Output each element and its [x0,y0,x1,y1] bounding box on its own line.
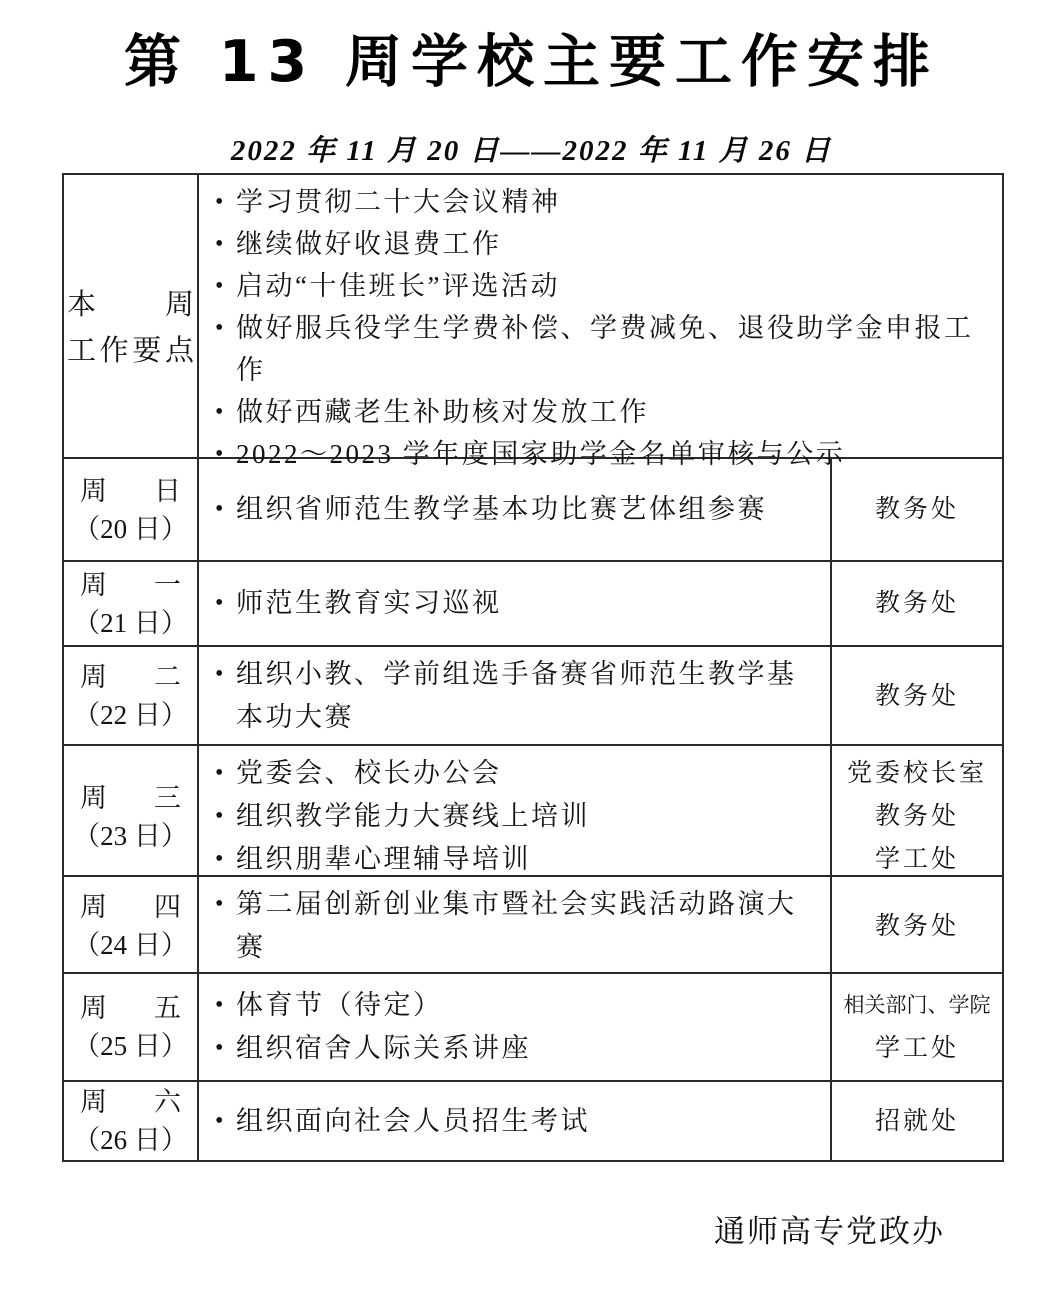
task-item: •师范生教育实习巡视 [199,582,824,625]
day-name: 周 五 [80,989,181,1027]
day-date: （21 日） [73,604,188,642]
page-title: 第 13 周学校主要工作安排 [0,16,1063,98]
day-date: （24 日） [73,926,188,964]
bullet-icon: • [215,1100,226,1143]
task-text: 组织宿舍人际关系讲座 [236,1033,531,1063]
task-item: •体育节（待定） [199,984,824,1027]
task-text: 师范生教育实习巡视 [236,588,502,618]
date-range: 2022 年 11 月 20 日——2022 年 11 月 26 日 [0,128,1063,169]
task-text: 组织面向社会人员招生考试 [236,1106,590,1136]
task-item: •组织省师范生教学基本功比赛艺体组参赛 [199,488,824,531]
bullet-icon: • [215,984,226,1027]
schedule-table: 本 周 工作要点 •学习贯彻二十大会议精神 •继续做好收退费工作 •启动“十佳班… [62,173,1004,1162]
bullet-icon: • [215,653,226,696]
department-cell: 招就处 [830,1082,1002,1160]
tasks-cell: •组织面向社会人员招生考试 [197,1082,830,1160]
department: 学工处 [875,838,959,881]
day-date: （25 日） [73,1027,188,1065]
bullet-icon: • [215,752,226,795]
table-row-friday: 周 五 （25 日） •体育节（待定） •组织宿舍人际关系讲座 相关部门、学院 … [64,972,1002,1080]
summary-item-text: 继续做好收退费工作 [236,229,502,259]
day-cell: 周 六 （26 日） [64,1082,197,1160]
day-name: 周 一 [80,566,181,604]
summary-item: •学习贯彻二十大会议精神 [199,181,996,223]
task-item: •组织教学能力大赛线上培训 [199,795,824,838]
day-cell: 周 四 （24 日） [64,877,197,975]
task-text: 第二届创新创业集市暨社会实践活动路演大赛 [236,889,797,962]
summary-item-text: 学习贯彻二十大会议精神 [236,187,561,217]
summary-label: 本 周 工作要点 [67,282,194,374]
department: 党委校长室 [847,752,987,795]
department: 教务处 [875,675,959,718]
day-cell: 周 五 （25 日） [64,974,197,1080]
day-date: （20 日） [73,510,188,548]
summary-item: •2022～2023 学年度国家助学金名单审核与公示 [199,433,996,475]
summary-item-text: 做好服兵役学生学费补偿、学费减免、退役助学金申报工作 [236,313,974,385]
department-cell: 教务处 [830,647,1002,745]
task-text: 组织省师范生教学基本功比赛艺体组参赛 [236,494,767,524]
bullet-icon: • [215,307,226,349]
department: 教务处 [875,488,959,531]
bullet-icon: • [215,795,226,838]
task-item: •组织面向社会人员招生考试 [199,1100,824,1143]
tasks-cell: •师范生教育实习巡视 [197,562,830,645]
day-name: 周 日 [80,472,181,510]
bullet-icon: • [215,582,226,625]
summary-item-text: 2022～2023 学年度国家助学金名单审核与公示 [236,439,845,469]
bullet-icon: • [215,1027,226,1070]
summary-item: •继续做好收退费工作 [199,223,996,265]
task-text: 体育节（待定） [236,990,443,1020]
summary-item-text: 启动“十佳班长”评选活动 [236,271,560,301]
department: 教务处 [875,582,959,625]
department-cell: 党委校长室 教务处 学工处 [830,746,1002,887]
task-text: 组织教学能力大赛线上培训 [236,801,590,831]
bullet-icon: • [215,223,226,265]
bullet-icon: • [215,838,226,881]
summary-label-cell: 本 周 工作要点 [64,175,197,481]
day-date: （22 日） [73,696,188,734]
table-row-tuesday: 周 二 （22 日） •组织小教、学前组选手备赛省师范生教学基本功大赛 教务处 [64,645,1002,744]
table-row-monday: 周 一 （21 日） •师范生教育实习巡视 教务处 [64,560,1002,645]
department-cell: 相关部门、学院 学工处 [830,974,1002,1080]
table-row-saturday: 周 六 （26 日） •组织面向社会人员招生考试 招就处 [64,1080,1002,1160]
day-cell: 周 日 （20 日） [64,459,197,560]
bullet-icon: • [215,883,226,926]
day-cell: 周 一 （21 日） [64,562,197,645]
day-name: 周 四 [80,888,181,926]
department: 教务处 [875,795,959,838]
issuing-office: 通师高专党政办 [714,1206,945,1251]
summary-items-cell: •学习贯彻二十大会议精神 •继续做好收退费工作 •启动“十佳班长”评选活动 •做… [197,175,1002,481]
table-row-thursday: 周 四 （24 日） •第二届创新创业集市暨社会实践活动路演大赛 教务处 [64,875,1002,972]
department-cell: 教务处 [830,877,1002,975]
department: 学工处 [875,1027,959,1070]
day-name: 周 三 [80,779,181,817]
task-item: •组织宿舍人际关系讲座 [199,1027,824,1070]
day-date: （26 日） [73,1121,188,1159]
table-row-wednesday: 周 三 （23 日） •党委会、校长办公会 •组织教学能力大赛线上培训 •组织朋… [64,744,1002,875]
tasks-cell: •党委会、校长办公会 •组织教学能力大赛线上培训 •组织朋辈心理辅导培训 [197,746,830,887]
department-cell: 教务处 [830,562,1002,645]
summary-item: •做好西藏老生补助核对发放工作 [199,391,996,433]
task-item: •第二届创新创业集市暨社会实践活动路演大赛 [199,883,824,969]
summary-item: •做好服兵役学生学费补偿、学费减免、退役助学金申报工作 [199,307,996,391]
document-page: 第 13 周学校主要工作安排 2022 年 11 月 20 日——2022 年 … [0,0,1063,1306]
summary-label-line2: 工作要点 [67,328,194,374]
bullet-icon: • [215,181,226,223]
tasks-cell: •组织小教、学前组选手备赛省师范生教学基本功大赛 [197,647,830,745]
summary-label-line1: 本 周 [67,282,194,328]
department: 相关部门、学院 [844,984,991,1027]
day-date: （23 日） [73,817,188,855]
day-name: 周 六 [80,1083,181,1121]
task-text: 组织朋辈心理辅导培训 [236,844,531,874]
tasks-cell: •体育节（待定） •组织宿舍人际关系讲座 [197,974,830,1080]
bullet-icon: • [215,433,226,475]
task-text: 组织小教、学前组选手备赛省师范生教学基本功大赛 [236,659,797,732]
bullet-icon: • [215,265,226,307]
day-name: 周 二 [80,658,181,696]
day-cell: 周 三 （23 日） [64,746,197,887]
bullet-icon: • [215,391,226,433]
task-text: 党委会、校长办公会 [236,758,502,788]
summary-item-text: 做好西藏老生补助核对发放工作 [236,397,649,427]
department: 招就处 [875,1100,959,1143]
day-cell: 周 二 （22 日） [64,647,197,745]
bullet-icon: • [215,488,226,531]
department: 教务处 [875,905,959,948]
summary-item: •启动“十佳班长”评选活动 [199,265,996,307]
tasks-cell: •第二届创新创业集市暨社会实践活动路演大赛 [197,877,830,975]
table-row-summary: 本 周 工作要点 •学习贯彻二十大会议精神 •继续做好收退费工作 •启动“十佳班… [64,175,1002,457]
task-item: •组织朋辈心理辅导培训 [199,838,824,881]
task-item: •党委会、校长办公会 [199,752,824,795]
task-item: •组织小教、学前组选手备赛省师范生教学基本功大赛 [199,653,824,739]
